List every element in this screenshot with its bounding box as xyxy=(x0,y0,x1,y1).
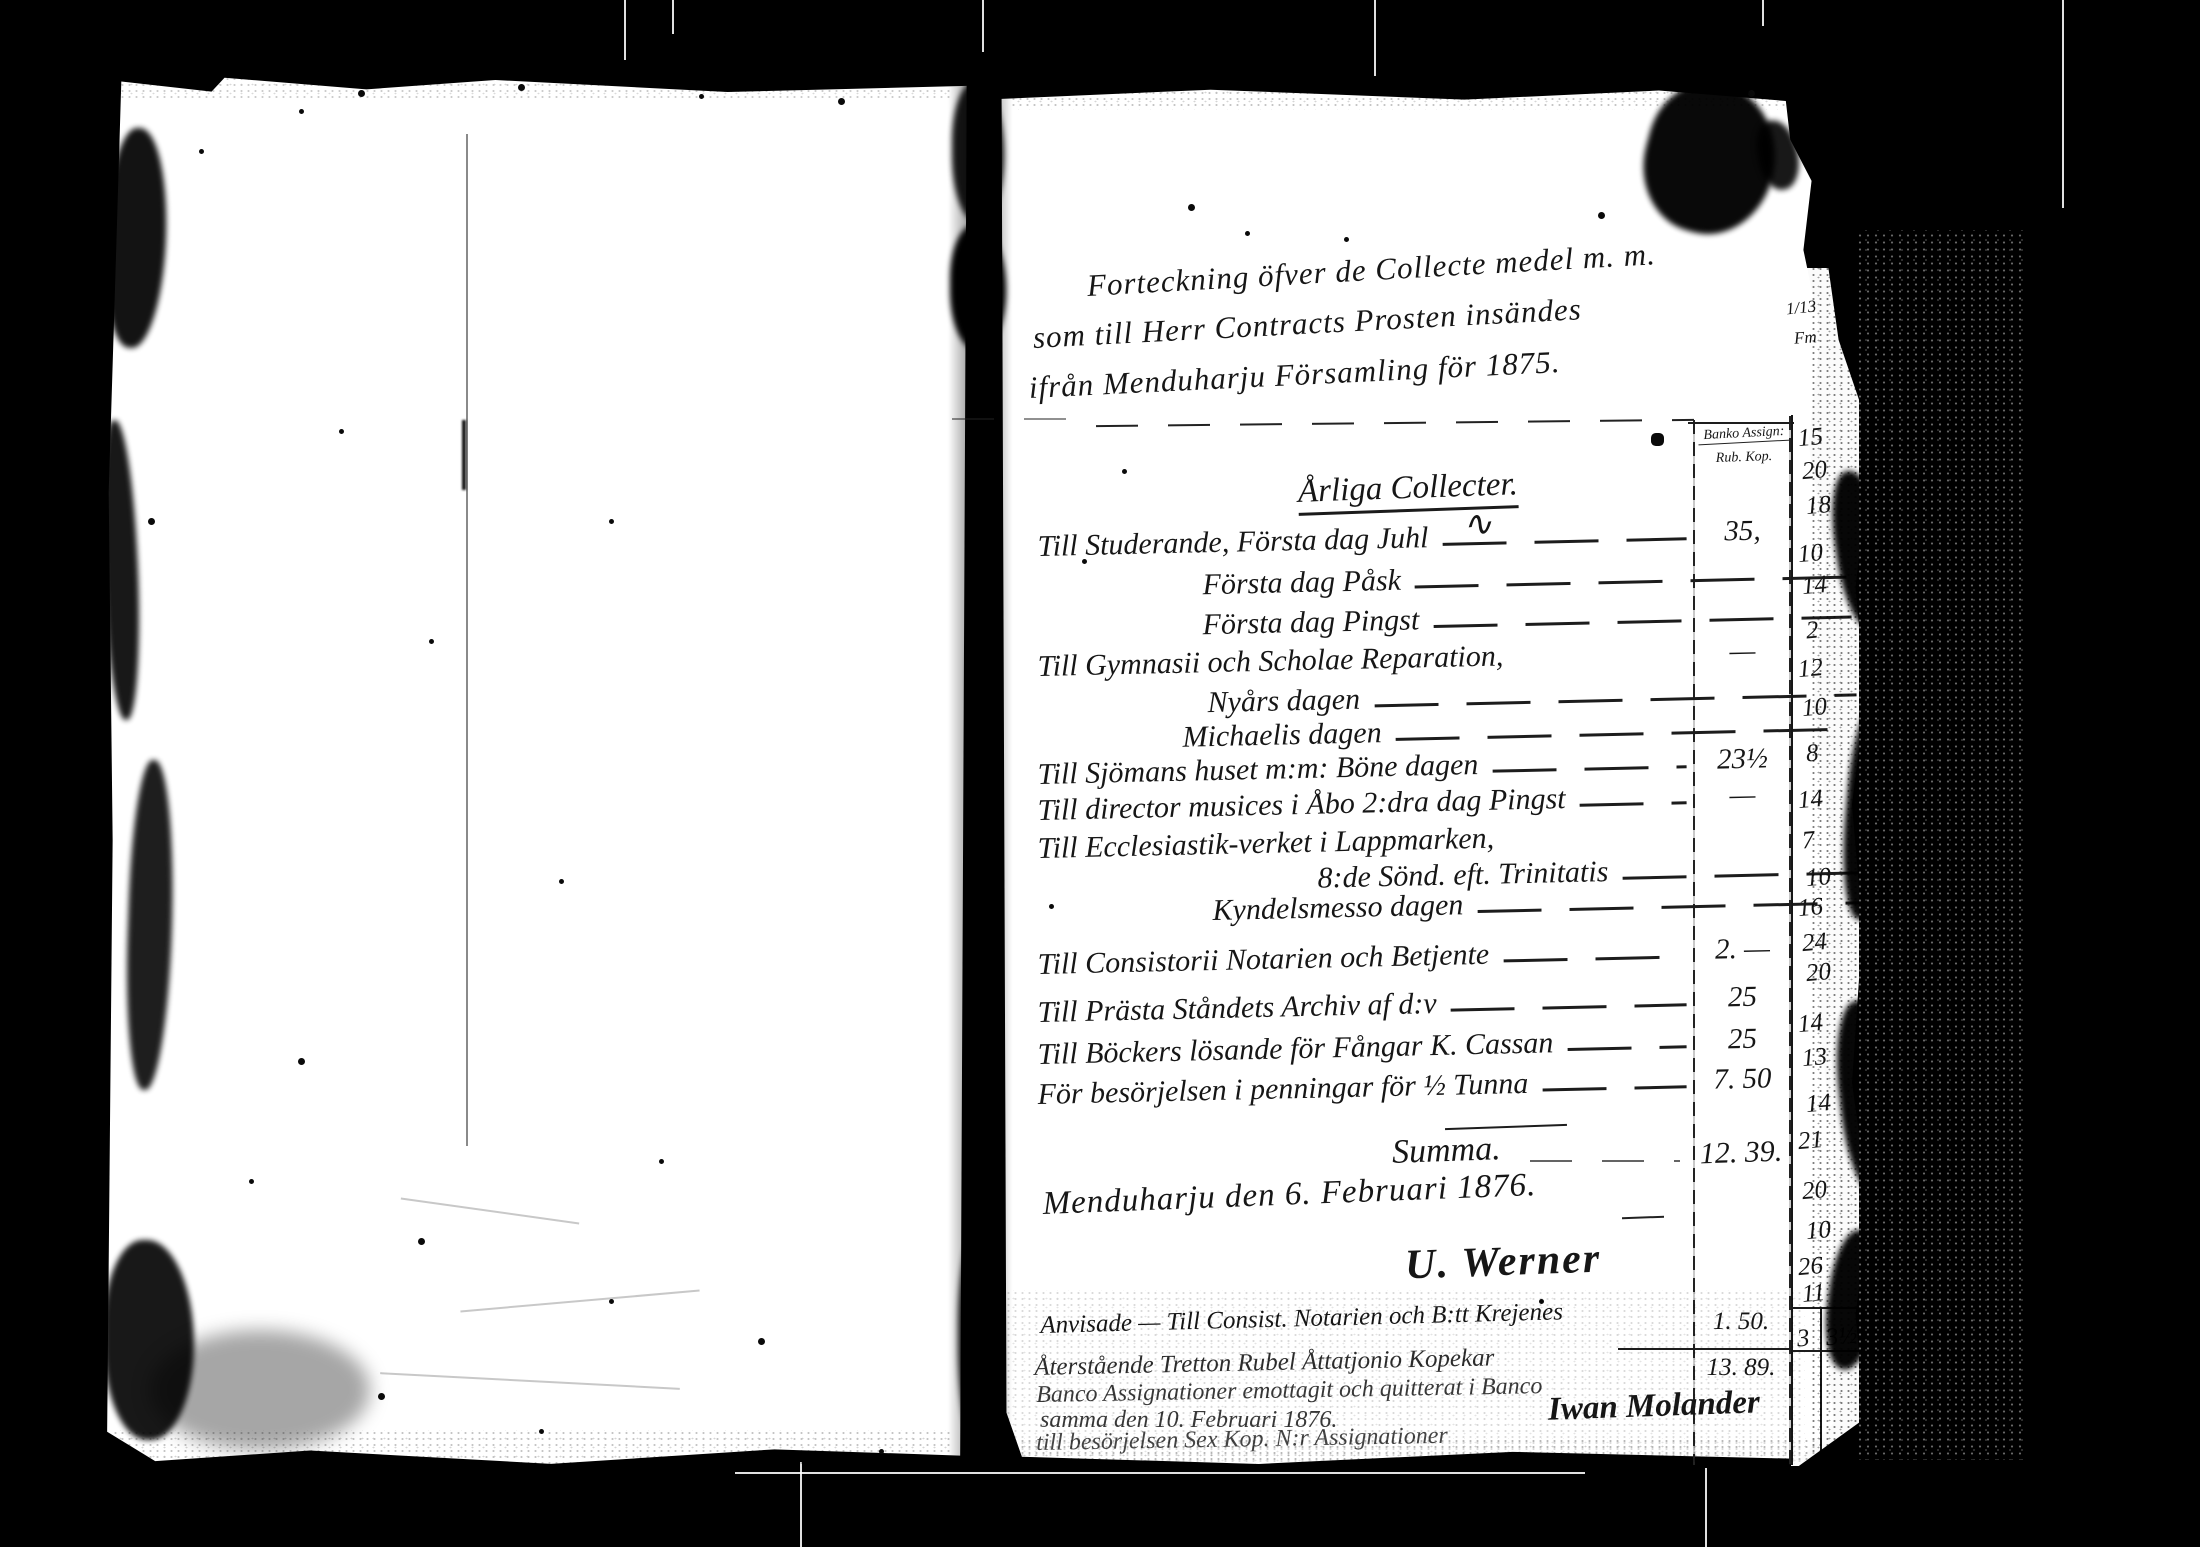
scan-scratch-line xyxy=(800,1462,802,1547)
strip-number: 14 xyxy=(1801,571,1828,601)
strip-number: 2 xyxy=(1805,617,1820,646)
dash-leader xyxy=(1442,537,1686,546)
ledger-row-label: Första dag Påsk xyxy=(1202,564,1401,602)
strip-number: 26 xyxy=(1797,1252,1824,1282)
dash-leader xyxy=(1542,1085,1686,1091)
strip-bottom-value: 3 xyxy=(1796,1325,1811,1354)
strip-number: 7 xyxy=(1801,827,1816,856)
ledger-row-label: Kyndelsmesso dagen xyxy=(1212,888,1464,928)
amount-cell: 2. — xyxy=(1694,932,1791,967)
fold-crease-line xyxy=(466,134,468,1146)
dash-leader xyxy=(1415,576,1852,589)
dash-leader xyxy=(1503,955,1686,962)
strip-number: 10 xyxy=(1805,1216,1832,1246)
strip-number: 24 xyxy=(1801,928,1828,958)
strip-number: 14 xyxy=(1805,1089,1832,1119)
strip-top-mark: Fm xyxy=(1793,327,1817,349)
gutter-ink-knot xyxy=(952,82,1004,222)
amount-cell: 23½ xyxy=(1694,742,1791,777)
scanned-document: Forteckning öfver de Collecte medel m. m… xyxy=(0,0,2200,1547)
strip-number: 15 xyxy=(1797,423,1824,453)
anvisade-underline xyxy=(1618,1348,1793,1350)
summa-label: Summa. xyxy=(1391,1130,1501,1172)
anvisade-amount: 1. 50. xyxy=(1693,1308,1789,1336)
amount-cell: — xyxy=(1694,634,1791,669)
amount-cell: — xyxy=(1694,778,1791,813)
scan-scratch-line xyxy=(624,0,626,60)
strip-number: 18 xyxy=(1805,491,1832,521)
signature-werner: U. Werner xyxy=(1404,1235,1602,1290)
strip-number: 14 xyxy=(1797,1009,1824,1039)
dash-leader xyxy=(1374,693,1856,707)
dash-leader xyxy=(1508,839,1686,846)
summa-leader xyxy=(1530,1160,1680,1162)
scan-scratch-line xyxy=(735,1472,1585,1474)
dust-specks xyxy=(0,0,3,3)
strip-number: 16 xyxy=(1797,893,1824,923)
scan-scratch-line xyxy=(672,0,674,34)
scan-scratch-line xyxy=(2062,0,2064,208)
strip-number: 12 xyxy=(1797,654,1824,684)
strip-number: 14 xyxy=(1797,785,1824,815)
header-underline-dashes xyxy=(952,418,1072,420)
strip-number: 10 xyxy=(1797,539,1824,569)
fold-crease-dark-segment xyxy=(462,420,466,490)
right-black-margin xyxy=(1852,0,2200,1547)
strip-inner-rule xyxy=(1820,1307,1822,1459)
scan-scratch-line xyxy=(1762,0,1764,26)
dash-leader xyxy=(1567,1045,1686,1051)
dash-leader xyxy=(1517,657,1686,664)
corner-smudge xyxy=(150,1330,370,1450)
scan-scratch-line xyxy=(982,0,984,52)
strip-number: 10 xyxy=(1805,863,1832,893)
strip-number: 21 xyxy=(1797,1126,1824,1156)
strip-number: 11 xyxy=(1801,1279,1827,1309)
dash-leader xyxy=(1451,1003,1687,1011)
strip-number: 13 xyxy=(1801,1043,1828,1073)
left-page-blank xyxy=(104,75,969,1470)
strip-number: 8 xyxy=(1805,740,1820,769)
gutter-ink-knot xyxy=(950,225,1006,350)
ledger-row-label: Nyårs dagen xyxy=(1207,683,1360,720)
amount-cell: 7. 50 xyxy=(1694,1062,1791,1097)
scan-scratch-line xyxy=(1705,1468,1707,1547)
dash-leader xyxy=(1396,728,1832,741)
signature-molander: Iwan Molander xyxy=(1547,1384,1760,1428)
amount-cell: 35, xyxy=(1694,514,1791,549)
scan-scratch-line xyxy=(1374,0,1376,76)
dash-leader xyxy=(1580,801,1687,806)
strip-number: 20 xyxy=(1801,1176,1828,1206)
amount-cell: 25 xyxy=(1694,980,1791,1015)
amount-column-header-units: Rub. Kop. xyxy=(1698,448,1791,467)
strip-number: 10 xyxy=(1801,693,1828,723)
dash-leader xyxy=(1492,765,1686,772)
ledger-row-label: Michaelis dagen xyxy=(1182,716,1382,755)
dash-leader xyxy=(1433,616,1851,628)
remainder-amount: 13. 89. xyxy=(1693,1354,1789,1382)
summa-amount: 12. 39. xyxy=(1692,1134,1789,1171)
strip-number: 20 xyxy=(1805,958,1832,988)
strip-top-mark: 1/13 xyxy=(1785,296,1817,319)
amount-cell: 25 xyxy=(1694,1022,1791,1057)
ledger-row-label: Första dag Pingst xyxy=(1202,603,1419,642)
strip-number: 20 xyxy=(1801,456,1828,486)
